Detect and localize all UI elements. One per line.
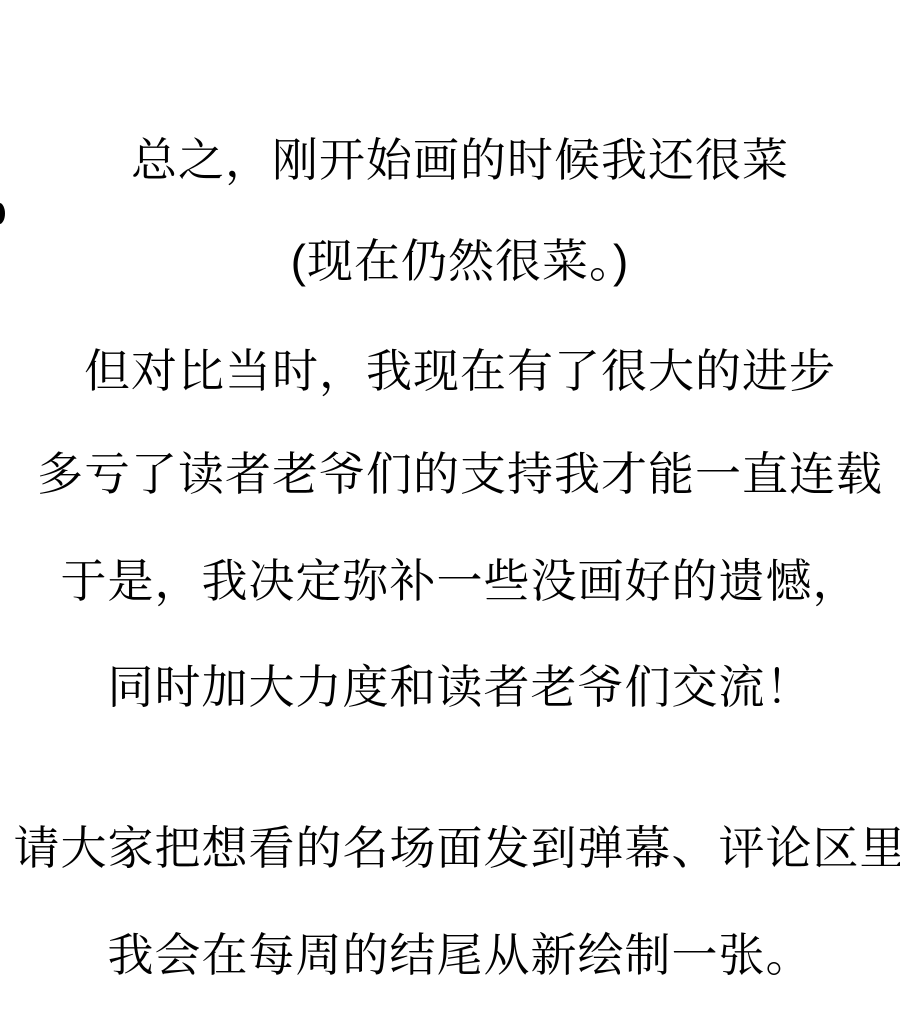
comic-text-page: 总之，刚开始画的时候我还很菜 (现在仍然很菜。) 但对比当时，我现在有了很大的进… [0,0,900,1036]
caption-line-6: 同时加大力度和读者老爷们交流！ [10,660,900,714]
caption-line-5: 于是，我决定弥补一些没画好的遗憾， [10,554,900,608]
caption-line-8: 我会在每周的结尾从新绘制一张。 [10,928,900,982]
caption-line-2: (现在仍然很菜。) [10,234,900,288]
caption-line-4: 多亏了读者老爷们的支持我才能一直连载 [10,447,900,501]
caption-line-3: 但对比当时，我现在有了很大的进步 [10,344,900,398]
caption-line-7: 请大家把想看的名场面发到弹幕、评论区里 [10,821,900,875]
caption-line-1: 总之，刚开始画的时候我还很菜 [10,133,900,187]
clipped-paren-fragment [0,203,5,224]
